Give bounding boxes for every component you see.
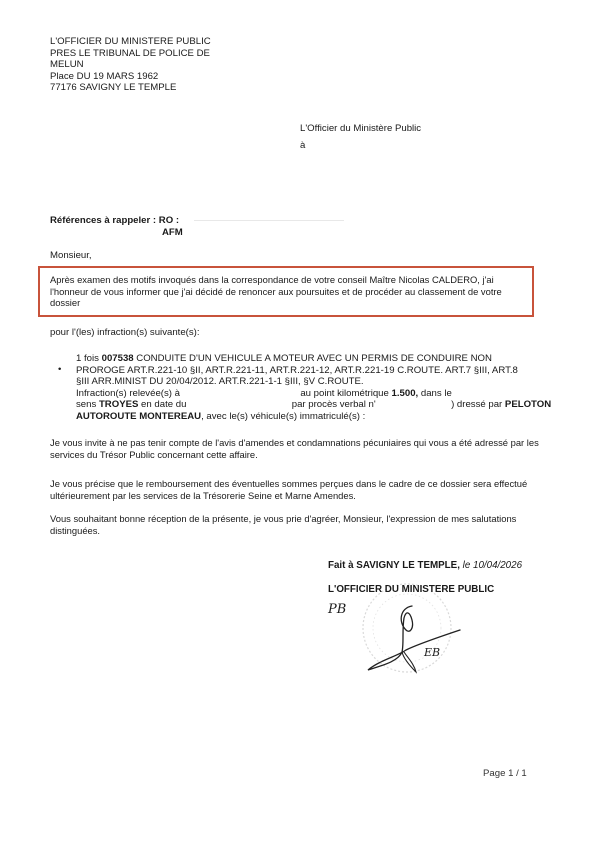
officer-title: L'OFFICIER DU MINISTERE PUBLIC bbox=[328, 584, 494, 596]
signoff-line: Fait à SAVIGNY LE TEMPLE, le 10/04/2026 bbox=[328, 560, 522, 572]
paragraph-closing: Vous souhaitant bonne réception de la pr… bbox=[50, 513, 550, 536]
unit-line-2: AUTOROUTE MONTEREAU bbox=[76, 411, 201, 422]
initials-left: PB bbox=[328, 604, 346, 616]
signature-icon: EB bbox=[360, 600, 470, 675]
location-prefix: Infraction(s) relevée(s) à bbox=[76, 388, 180, 399]
bullet-icon: • bbox=[58, 364, 61, 376]
redacted-reference bbox=[194, 220, 344, 221]
signoff-date-prefix: le bbox=[460, 560, 473, 571]
km-value: 1.500, bbox=[392, 388, 419, 399]
references-label: Références à rappeler : bbox=[50, 215, 156, 226]
paragraph-remboursement: Je vous précise que le remboursement des… bbox=[50, 478, 550, 501]
infractions-intro: pour l'(les) infraction(s) suivante(s): bbox=[50, 327, 200, 339]
signoff-date: 10/04/2026 bbox=[473, 560, 522, 571]
infraction-details: 1 fois 007538 CONDUITE D'UN VEHICULE A M… bbox=[76, 353, 556, 423]
vehicle-text: , avec le(s) véhicule(s) immatriculé(s) … bbox=[201, 411, 365, 422]
dresse-text: ) dressé par bbox=[451, 399, 505, 410]
sender-line: PRES LE TRIBUNAL DE POLICE DE bbox=[50, 48, 211, 60]
km-suffix: dans le bbox=[418, 388, 452, 399]
sender-line: MELUN bbox=[50, 59, 211, 71]
sender-line: Place DU 19 MARS 1962 bbox=[50, 71, 211, 83]
recipient-line-1: L'Officier du Ministère Public bbox=[300, 120, 421, 137]
infraction-desc-1: CONDUITE D'UN VEHICULE A MOTEUR AVEC UN … bbox=[134, 353, 492, 364]
sens-value: TROYES bbox=[99, 399, 138, 410]
infraction-desc-3: §III ARR.MINIST DU 20/04/2012. ART.R.221… bbox=[76, 376, 364, 387]
km-text: au point kilométrique bbox=[300, 388, 391, 399]
initials-right: EB bbox=[423, 646, 440, 659]
recipient-line-2: à bbox=[300, 137, 421, 154]
unit-line-1: PELOTON bbox=[505, 399, 551, 410]
paragraph-avis: Je vous invite à ne pas tenir compte de … bbox=[50, 437, 550, 460]
sender-line: 77176 SAVIGNY LE TEMPLE bbox=[50, 82, 211, 94]
page-number: Page 1 / 1 bbox=[483, 768, 527, 780]
references-block: Références à rappeler : RO : AFM bbox=[50, 215, 344, 238]
salutation: Monsieur, bbox=[50, 250, 92, 262]
infraction-count: 1 fois bbox=[76, 353, 102, 364]
infraction-desc-2: PROROGE ART.R.221-10 §II, ART.R.221-11, … bbox=[76, 365, 518, 376]
sender-line: L'OFFICIER DU MINISTERE PUBLIC bbox=[50, 36, 211, 48]
recipient-address: L'Officier du Ministère Public à bbox=[300, 120, 421, 154]
sender-address: L'OFFICIER DU MINISTERE PUBLIC PRES LE T… bbox=[50, 36, 211, 94]
pv-text: par procès verbal n' bbox=[292, 399, 376, 410]
decision-paragraph: Après examen des motifs invoqués dans la… bbox=[50, 274, 530, 309]
signoff-place: Fait à SAVIGNY LE TEMPLE, bbox=[328, 560, 460, 571]
reference-ro: RO : bbox=[159, 215, 179, 226]
sens-prefix: sens bbox=[76, 399, 99, 410]
reference-afm: AFM bbox=[162, 227, 183, 238]
infraction-code: 007538 bbox=[102, 353, 134, 364]
date-text: en date du bbox=[138, 399, 186, 410]
